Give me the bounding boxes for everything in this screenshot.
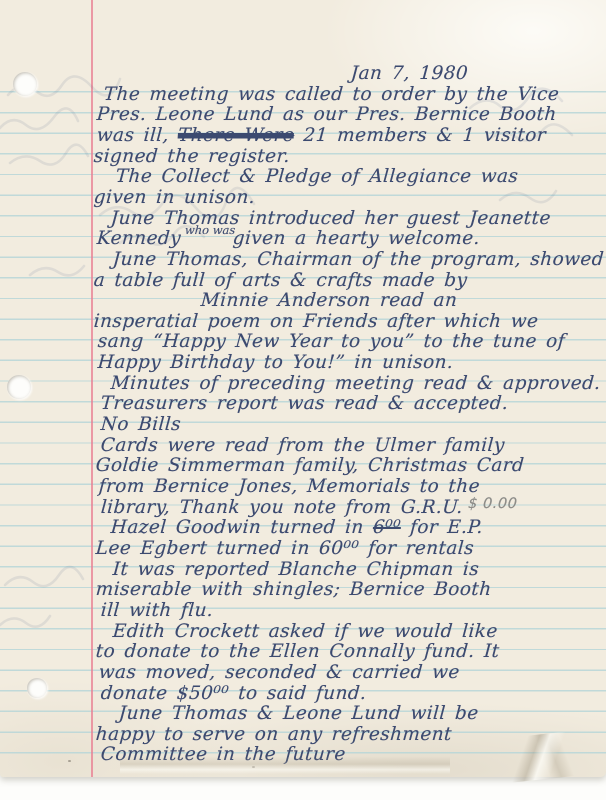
handwriting-line: June Thomas introduced her guest Jeanett…: [110, 208, 552, 230]
handwriting-text: 21 members & 1 visitor: [294, 125, 547, 146]
handwriting-line: Happy Birthday to You!” in unison.: [97, 352, 454, 374]
handwriting-line: signed the register.: [93, 146, 291, 168]
handwriting-text: from Bernice Jones, Memorials to the: [98, 476, 481, 497]
struck-text: 6⁰⁰: [372, 517, 401, 538]
handwriting-line: was moved, seconded & carried we: [98, 662, 460, 684]
handwriting-text: Hazel Goodwin turned in: [110, 517, 374, 538]
handwriting-line: Edith Crockett asked if we would like: [112, 621, 498, 643]
handwriting-line: Minutes of preceding meeting read & appr…: [110, 373, 601, 395]
handwriting-text: given a hearty welcome.: [232, 228, 481, 249]
handwriting-line: given in unison.: [93, 187, 256, 209]
handwriting-line: Hazel Goodwin turned in 6⁰⁰ for E.P.: [110, 517, 484, 539]
handwriting-text: miserable with shingles; Bernice Booth: [95, 579, 492, 600]
paper-speck: [68, 760, 71, 762]
handwriting-text: was ill,: [96, 125, 179, 146]
handwriting-line: It was reported Blanche Chipman is: [112, 559, 480, 581]
handwriting-line: happy to serve on any refreshment: [95, 724, 453, 746]
punch-hole: [13, 72, 37, 96]
handwriting-line: Cards were read from the Ulmer family: [100, 435, 505, 457]
handwriting-text: Goldie Simmerman family, Christmas Card: [95, 455, 525, 476]
handwriting-line: Lee Egbert turned in 60⁰⁰ for rentals: [95, 538, 475, 560]
punch-hole: [27, 678, 47, 698]
handwriting-text: sang “Happy New Year to you” to the tune…: [97, 331, 566, 352]
handwriting-text: Edith Crockett asked if we would like: [112, 621, 498, 642]
handwriting-line: insperatial poem on Friends after which …: [93, 311, 539, 333]
scanned-document: { "document": { "kind": "handwritten mee…: [0, 0, 606, 800]
handwriting-text: Kennedy: [96, 228, 191, 249]
paper-speck: [252, 766, 255, 768]
handwriting-text: Cards were read from the Ulmer family: [100, 435, 505, 456]
handwriting-line: Minnie Anderson read an: [200, 290, 458, 312]
handwriting-text: June Thomas & Leone Lund will be: [118, 703, 479, 724]
handwriting-text: Pres. Leone Lund as our Pres. Bernice Bo…: [96, 104, 557, 125]
handwriting-line: donate $50⁰⁰ to said fund.: [100, 683, 367, 705]
handwriting-text: was moved, seconded & carried we: [98, 662, 460, 683]
handwriting-text: for E.P.: [400, 517, 484, 538]
inserted-text: who was: [184, 223, 235, 237]
handwriting-line: Pres. Leone Lund as our Pres. Bernice Bo…: [96, 104, 557, 126]
handwriting-line: a table full of arts & crafts made by: [93, 270, 468, 292]
handwriting-line: Goldie Simmerman family, Christmas Card: [95, 455, 525, 477]
handwriting-text: The Collect & Pledge of Allegiance was: [115, 166, 519, 187]
handwriting-line: from Bernice Jones, Memorials to the: [98, 476, 481, 498]
handwriting-line: miserable with shingles; Bernice Booth: [95, 579, 492, 601]
handwriting-text: library, Thank you note from G.R.U.: [100, 497, 463, 518]
handwriting-line: June Thomas, Chairman of the program, sh…: [112, 249, 605, 271]
punch-hole: [7, 375, 31, 399]
handwriting-text: to donate to the Ellen Connally fund. It: [95, 641, 500, 662]
handwriting-text: Minutes of preceding meeting read & appr…: [110, 373, 601, 394]
handwriting-text: The meeting was called to order by the V…: [103, 84, 560, 105]
handwriting-lines: Jan 7, 1980The meeting was called to ord…: [0, 0, 606, 800]
struck-text: There Were: [177, 125, 295, 146]
handwriting-line: ill with flu.: [100, 600, 214, 622]
handwriting-line: No Bills: [100, 414, 182, 436]
handwriting-text: Treasurers report was read & accepted.: [100, 393, 509, 414]
handwriting-text: June Thomas, Chairman of the program, sh…: [112, 249, 605, 270]
handwriting-text: insperatial poem on Friends after which …: [93, 311, 539, 332]
handwriting-line: Committee in the future: [100, 744, 346, 766]
handwriting-text: June Thomas introduced her guest Jeanett…: [110, 208, 551, 229]
handwriting-text: No Bills: [100, 414, 182, 435]
handwriting-line: was ill, There Were 21 members & 1 visit…: [96, 125, 547, 147]
handwriting-text: signed the register.: [93, 146, 291, 167]
handwriting-line: The meeting was called to order by the V…: [103, 84, 560, 106]
handwriting-text: ill with flu.: [100, 600, 214, 621]
handwriting-text: happy to serve on any refreshment: [95, 724, 453, 745]
handwriting-text: It was reported Blanche Chipman is: [112, 559, 480, 580]
handwriting-text: Minnie Anderson read an: [200, 290, 458, 311]
date-line: Jan 7, 1980: [350, 63, 469, 85]
handwriting-line: sang “Happy New Year to you” to the tune…: [97, 331, 566, 353]
handwriting-line: Kennedy who wasgiven a hearty welcome.: [96, 228, 481, 251]
handwriting-text: Lee Egbert turned in 60⁰⁰ for rentals: [95, 538, 475, 559]
handwriting-line: The Collect & Pledge of Allegiance was: [115, 166, 519, 188]
handwriting-text: Happy Birthday to You!” in unison.: [97, 352, 454, 373]
handwriting-text: Jan 7, 1980: [350, 63, 469, 84]
handwriting-line: Treasurers report was read & accepted.: [100, 393, 509, 415]
handwriting-text: a table full of arts & crafts made by: [93, 270, 468, 291]
handwriting-text: Committee in the future: [100, 744, 346, 765]
handwriting-text: given in unison.: [93, 187, 256, 208]
handwriting-line: June Thomas & Leone Lund will be: [118, 703, 479, 725]
handwriting-text: donate $50⁰⁰ to said fund.: [100, 683, 367, 704]
handwriting-line: to donate to the Ellen Connally fund. It: [95, 641, 500, 663]
pencil-annotation: $ 0.00: [463, 496, 518, 512]
